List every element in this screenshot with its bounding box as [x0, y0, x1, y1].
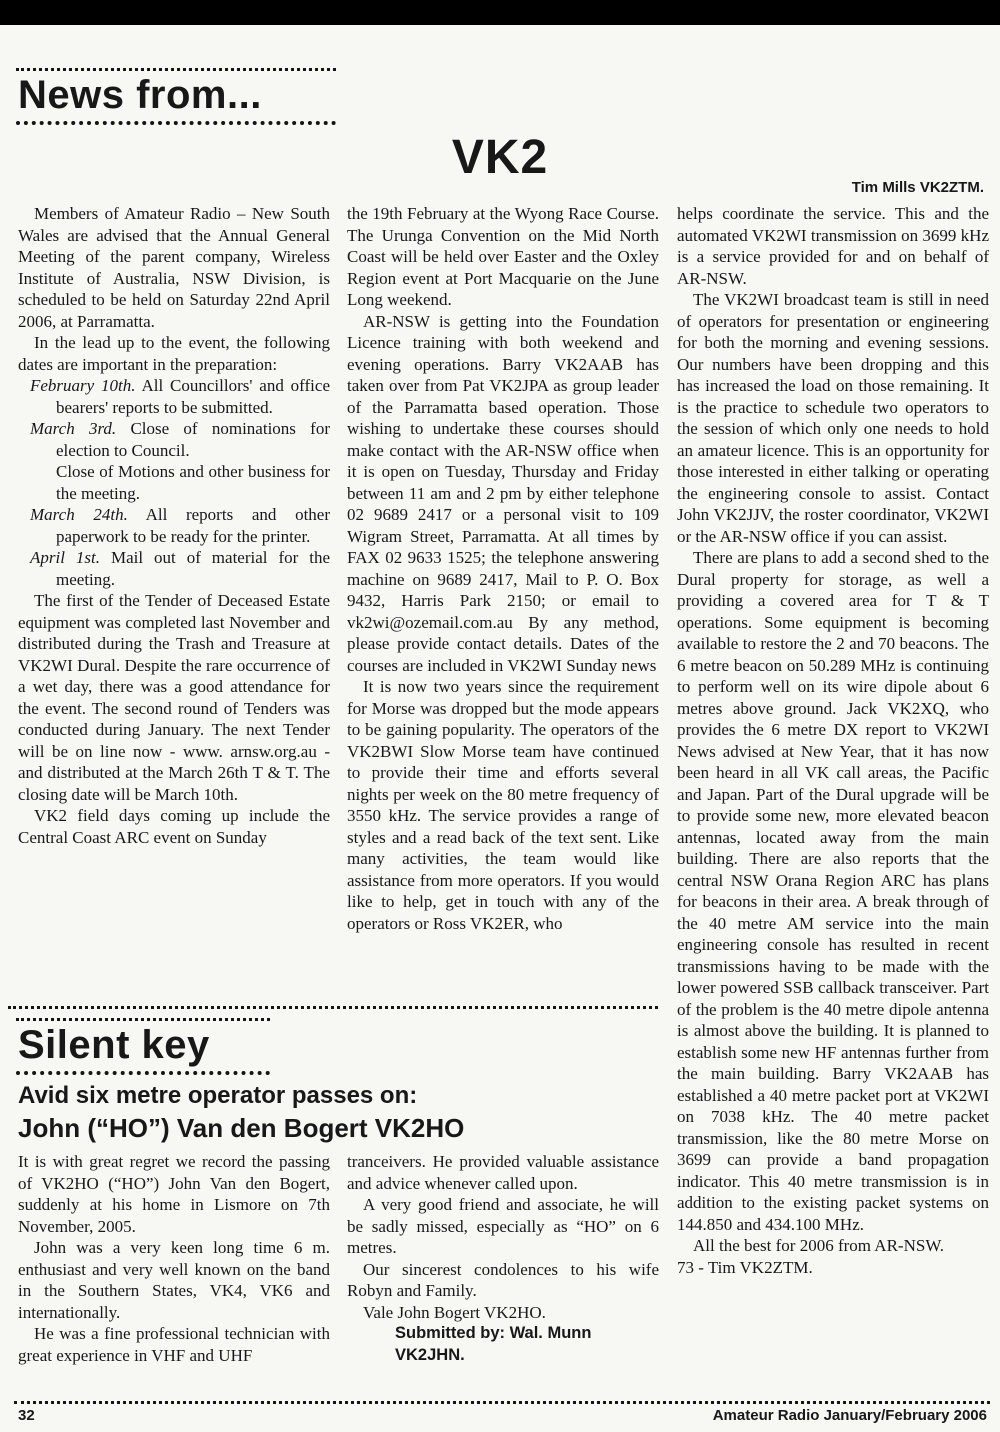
paragraph: the 19th February at the Wyong Race Cour… — [347, 203, 659, 311]
paragraph: Our sincerest condolences to his wife Ro… — [347, 1259, 659, 1302]
vk2-column-2: the 19th February at the Wyong Race Cour… — [347, 203, 659, 934]
section-divider — [8, 1006, 658, 1009]
submitted-by: Submitted by: Wal. Munn VK2JHN. — [347, 1323, 659, 1366]
paragraph: AR-NSW is getting into the Foundation Li… — [347, 311, 659, 677]
silent-key-heading: Silent key — [16, 1018, 270, 1075]
schedule-item: March 3rd. Close of nominations for elec… — [18, 418, 330, 461]
paragraph: The first of the Tender of Deceased Esta… — [18, 590, 330, 805]
obituary-column-1: It is with great regret we record the pa… — [18, 1151, 330, 1366]
paragraph: The VK2WI broadcast team is still in nee… — [677, 289, 989, 547]
paragraph: helps coordinate the service. This and t… — [677, 203, 989, 289]
schedule-date: February 10th. — [30, 376, 136, 395]
section-kicker-label: News from... — [18, 73, 262, 117]
section-kicker: News from... — [16, 68, 336, 125]
obituary-column-2: tranceivers. He provided valuable assist… — [347, 1151, 659, 1366]
paragraph: Members of Amateur Radio – New South Wal… — [18, 203, 330, 332]
schedule-item: March 24th. All reports and other paperw… — [18, 504, 330, 547]
silent-key-heading-label: Silent key — [18, 1023, 210, 1067]
paragraph: VK2 field days coming up include the Cen… — [18, 805, 330, 848]
vk2-column-3: helps coordinate the service. This and t… — [677, 203, 989, 1278]
paragraph: It is with great regret we record the pa… — [18, 1151, 330, 1237]
schedule-date: March 24th. — [30, 505, 128, 524]
footer-divider — [14, 1401, 990, 1404]
paragraph: In the lead up to the event, the followi… — [18, 332, 330, 375]
schedule-item: April 1st. Mail out of material for the … — [18, 547, 330, 590]
schedule-date: March 3rd. — [30, 419, 116, 438]
paragraph: A very good friend and associate, he wil… — [347, 1194, 659, 1259]
paragraph: John was a very keen long time 6 m. enth… — [18, 1237, 330, 1323]
obituary-name: John (“HO”) Van den Bogert VK2HO — [18, 1114, 464, 1143]
article-byline: Tim Mills VK2ZTM. — [852, 179, 984, 196]
obituary-subtitle: Avid six metre operator passes on: — [18, 1083, 417, 1109]
schedule-item: February 10th. All Councillors' and offi… — [18, 375, 330, 418]
page-number: 32 — [18, 1407, 35, 1424]
vk2-column-1: Members of Amateur Radio – New South Wal… — [18, 203, 330, 848]
paragraph: tranceivers. He provided valuable assist… — [347, 1151, 659, 1194]
article-title: VK2 — [0, 130, 1000, 185]
schedule-item: Close of Motions and other business for … — [18, 461, 330, 504]
schedule-date: April 1st. — [30, 548, 100, 567]
paragraph: There are plans to add a second shed to … — [677, 547, 989, 1235]
magazine-page: News from... VK2 Tim Mills VK2ZTM. Membe… — [0, 0, 1000, 1432]
paragraph: 73 - Tim VK2ZTM. — [677, 1257, 989, 1279]
scan-edge-bar — [0, 0, 1000, 25]
paragraph: It is now two years since the requiremen… — [347, 676, 659, 934]
paragraph: All the best for 2006 from AR-NSW. — [677, 1235, 989, 1257]
paragraph: He was a fine professional technician wi… — [18, 1323, 330, 1366]
journal-title: Amateur Radio January/February 2006 — [713, 1407, 987, 1424]
paragraph: Vale John Bogert VK2HO. — [347, 1302, 659, 1324]
schedule-text: Close of Motions and other business for … — [56, 462, 330, 503]
